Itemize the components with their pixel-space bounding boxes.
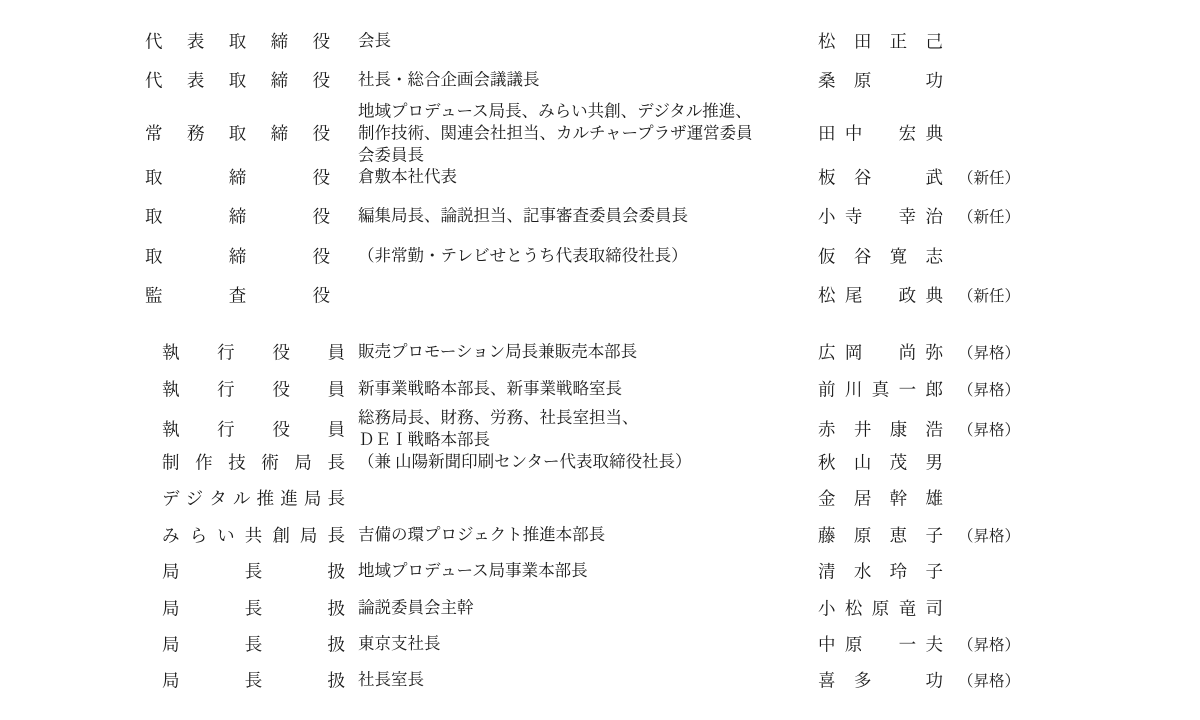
appointment-row: 代表取締役 社長・総合企画会議議長 桑原 功 [0,61,1200,101]
status-note: （昇格） [958,669,1020,691]
duty-description: 地域プロデュース局事業本部長 [358,560,790,582]
appointment-row: 取締役 倉敷本社代表 板谷 武 （新任） [0,157,1200,197]
duty-description: 販売プロモーション局長兼販売本部長 [358,341,790,363]
status-note: （新任） [958,166,1020,188]
status-note: （新任） [958,205,1020,227]
position-title: デジタル推進局長 [162,486,345,511]
duty-description: 社長室長 [358,669,790,691]
duty-description: （兼 山陽新聞印刷センター代表取締役社長） [358,451,790,473]
position-title: 執行役員 [162,376,345,401]
person-name: 金居幹雄 [818,486,943,511]
person-name: 広岡 尚弥 [818,340,943,365]
position-title: 代表取締役 [145,28,330,53]
status-note: （新任） [958,284,1020,306]
appointment-row: 取締役 編集局長、論説担当、記事審査委員会委員長 小寺 幸治 （新任） [0,197,1200,237]
person-name: 田中 宏典 [818,121,943,146]
position-title: 常務取締役 [145,121,330,146]
person-name: 中原 一夫 [818,631,943,656]
position-title: 代表取締役 [145,68,330,93]
person-name: 前川真一郎 [818,376,943,401]
person-name: 松田正己 [818,28,943,53]
position-title: 局長扱 [162,668,345,693]
position-title: 局長扱 [162,595,345,620]
appointment-row: 局長扱 論説委員会主幹 小松原竜司 [0,589,1200,625]
appointment-row: 監査役 松尾 政典 （新任） [0,276,1200,316]
position-title: 局長扱 [162,631,345,656]
person-name: 清水玲子 [818,559,943,584]
status-note: （昇格） [958,378,1020,400]
person-name: 秋山茂男 [818,449,943,474]
person-name: 小松原竜司 [818,595,943,620]
duty-description: 東京支社長 [358,633,790,655]
status-note: （昇格） [958,418,1020,440]
position-title: 取締役 [145,204,330,229]
duty-description: （非常勤・テレビせとうち代表取締役社長） [358,245,790,267]
position-title: 局長扱 [162,559,345,584]
position-title: 取締役 [145,243,330,268]
duty-description: 吉備の環プロジェクト推進本部長 [358,524,790,546]
status-note: （昇格） [958,341,1020,363]
person-name: 桑原 功 [818,68,943,93]
person-name: 藤原恵子 [818,522,943,547]
position-title: 執行役員 [162,340,345,365]
status-note: （昇格） [958,633,1020,655]
duty-description: 地域プロデュース局長、みらい共創、デジタル推進、 制作技術、関連会社担当、カルチ… [358,100,790,165]
appointments-list: 代表取締役 会長 松田正己 代表取締役 社長・総合企画会議議長 桑原 功 常務取… [0,0,1200,699]
appointment-row: 局長扱 東京支社長 中原 一夫 （昇格） [0,626,1200,662]
appointment-row: 制作技術局長 （兼 山陽新聞印刷センター代表取締役社長） 秋山茂男 [0,444,1200,480]
position-title: 制作技術局長 [162,449,345,474]
person-name: 板谷 武 [818,164,943,189]
appointment-row: 代表取締役 会長 松田正己 [0,21,1200,61]
person-name: 小寺 幸治 [818,204,943,229]
appointment-row: 局長扱 地域プロデュース局事業本部長 清水玲子 [0,553,1200,589]
duty-description: 新事業戦略本部長、新事業戦略室長 [358,378,790,400]
person-name: 仮谷寛志 [818,243,943,268]
person-name: 松尾 政典 [818,283,943,308]
position-title: 執行役員 [162,416,345,441]
duty-description: 社長・総合企画会議議長 [358,69,790,91]
appointment-row: 執行役員 販売プロモーション局長兼販売本部長 広岡 尚弥 （昇格） [0,334,1200,370]
status-note: （昇格） [958,524,1020,546]
duty-description: 会長 [358,30,790,52]
appointment-row: みらい共創局長 吉備の環プロジェクト推進本部長 藤原恵子 （昇格） [0,517,1200,553]
duty-description: 倉敷本社代表 [358,166,790,188]
person-name: 喜多 功 [818,668,943,693]
person-name: 赤井康浩 [818,416,943,441]
appointment-row: 局長扱 社長室長 喜多 功 （昇格） [0,662,1200,698]
duty-description: 論説委員会主幹 [358,597,790,619]
appointment-row: 取締役 （非常勤・テレビせとうち代表取締役社長） 仮谷寛志 [0,236,1200,276]
appointment-row: デジタル推進局長 金居幹雄 [0,480,1200,516]
position-title: 監査役 [145,283,330,308]
appointment-row: 執行役員 新事業戦略本部長、新事業戦略室長 前川真一郎 （昇格） [0,370,1200,406]
duty-description: 編集局長、論説担当、記事審査委員会委員長 [358,205,790,227]
position-title: みらい共創局長 [162,522,345,547]
position-title: 取締役 [145,164,330,189]
